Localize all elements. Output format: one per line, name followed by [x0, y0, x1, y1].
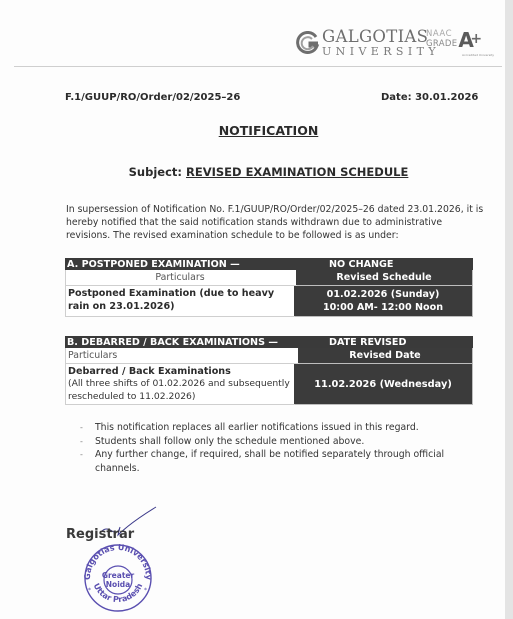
list-item: -Students shall follow only the schedule… [80, 435, 450, 449]
table-b-section: B. DEBARRED / BACK EXAMINATIONS — [65, 337, 278, 348]
bullet-icon: - [80, 448, 83, 462]
table-a-schedule-time: 10:00 AM- 12:00 Noon [294, 302, 472, 315]
table-a-section-band: A. POSTPONED EXAMINATION — NO CHANGE [65, 258, 473, 270]
table-a-col-particulars: Particulars [66, 270, 296, 285]
reference-number: F.1/GUUP/RO/Order/02/2025–26 [65, 92, 240, 103]
table-a-col-schedule: Revised Schedule [296, 270, 472, 285]
table-b-status: DATE REVISED [329, 337, 406, 348]
grade-value: A + [458, 30, 473, 50]
university-stamp-icon: Galgotias University Uttar Pradesh Great… [80, 540, 156, 612]
intro-paragraph: In supersession of Notification No. F.1/… [66, 203, 486, 243]
table-a-schedule: 01.02.2026 (Sunday) 10:00 AM- 12:00 Noon [294, 286, 472, 316]
bullet-icon: - [80, 435, 83, 449]
page-title: NOTIFICATION [0, 123, 513, 138]
svg-text:Greater: Greater [102, 571, 135, 580]
notification-date: Date: 30.01.2026 [381, 92, 478, 103]
note-text: This notification replaces all earlier n… [95, 422, 419, 433]
subject-line: Subject: REVISED EXAMINATION SCHEDULE [0, 165, 513, 179]
notes-list: -This notification replaces all earlier … [80, 421, 450, 475]
table-b-col-particulars: Particulars [66, 348, 298, 363]
debarred-exam-table: B. DEBARRED / BACK EXAMINATIONS — DATE R… [65, 336, 473, 405]
table-b-particular: Debarred / Back Examinations (All three … [66, 364, 294, 404]
naac-label: NAAC [426, 30, 457, 39]
table-b-revised-date: 11.02.2026 (Wednesday) [294, 364, 472, 404]
bullet-icon: - [80, 421, 83, 435]
grade-label: GRADE [426, 40, 457, 49]
subject-text: REVISED EXAMINATION SCHEDULE [186, 165, 408, 179]
table-b-col-date: Revised Date [298, 348, 472, 363]
note-text: Any further change, if required, shall b… [95, 449, 444, 474]
table-b-particular-title: Debarred / Back Examinations [68, 366, 290, 378]
university-name: GALGOTIAS [322, 29, 440, 46]
accreditation-text: Accredited University [462, 53, 494, 57]
header-divider [14, 66, 502, 67]
galgotias-swirl-icon [296, 31, 320, 55]
svg-text:Noida: Noida [106, 580, 130, 589]
table-b-header-row: Particulars Revised Date [65, 348, 473, 364]
naac-badge: NAAC GRADE A + Accredited University [426, 30, 474, 50]
grade-plus: + [470, 32, 482, 46]
postponed-exam-table: A. POSTPONED EXAMINATION — NO CHANGE Par… [65, 258, 473, 317]
table-row: Debarred / Back Examinations (All three … [65, 364, 473, 405]
table-row: Postponed Examination (due to heavy rain… [65, 286, 473, 317]
table-b-section-band: B. DEBARRED / BACK EXAMINATIONS — DATE R… [65, 336, 473, 348]
university-sub: UNIVERSITY [322, 46, 440, 57]
table-b-particular-note: (All three shifts of 01.02.2026 and subs… [68, 378, 290, 403]
table-a-schedule-date: 01.02.2026 (Sunday) [294, 289, 472, 302]
table-a-section: A. POSTPONED EXAMINATION — [65, 259, 240, 270]
svg-text:*: * [144, 587, 147, 594]
svg-text:*: * [88, 587, 91, 594]
subject-label: Subject: [129, 165, 182, 179]
table-a-particular: Postponed Examination (due to heavy rain… [66, 286, 294, 316]
list-item: -This notification replaces all earlier … [80, 421, 450, 435]
list-item: -Any further change, if required, shall … [80, 448, 450, 475]
scan-edge [505, 0, 513, 619]
table-a-header-row: Particulars Revised Schedule [65, 270, 473, 286]
note-text: Students shall follow only the schedule … [95, 436, 364, 447]
table-a-status: NO CHANGE [329, 259, 393, 270]
university-logo: GALGOTIAS UNIVERSITY [296, 28, 440, 58]
